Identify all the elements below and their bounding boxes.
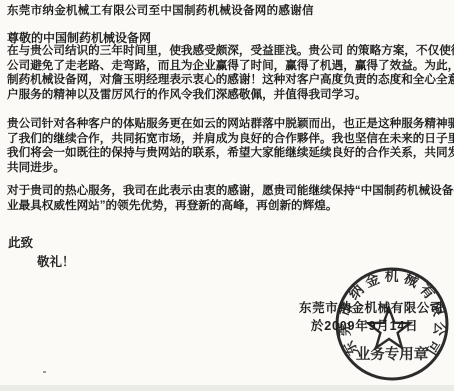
paragraph-line: 在与贵公司结识的三年时间里，使我感受颇深，受益匪浅。贵公司 的策略方案，不仅使得…: [7, 44, 451, 59]
paragraph-line: 了我们的继续合作，共同拓宽市场，并肩成为良好的合作夥伴。我也坚信在未来的日子里，: [7, 132, 451, 147]
salute-phrase: 敬礼！: [37, 252, 75, 270]
paragraph-line: 公司避免了走老路、走弯路，而且为企业赢得了时间，赢得了机遇，赢得了效益。为此，我…: [7, 59, 451, 74]
signature-date: 於2009年9月14日: [311, 316, 418, 334]
paragraph-line: 业最具权威性网站”的领先优势，再登新的高峰，再创新的辉煌。: [7, 199, 451, 214]
paragraph-2: 贵公司针对各种客户的体贴服务更在如云的网站群落中脱颖而出，也正是这种服务精神驱动…: [7, 117, 451, 175]
scan-noise-speck: [43, 371, 46, 373]
paragraph-line: 对于贵司的热心服务，我司在此表示由衷的感谢，愿贵司能继续保持“中国制药机械设备行: [7, 184, 451, 199]
paragraph-line: 共同进步。: [7, 161, 451, 176]
closing-phrase: 此致: [8, 233, 33, 251]
paragraph-line: 户服务的精神以及雷厉风行的作风令我们深感敬佩，并值得我司学习。: [7, 88, 451, 103]
paragraph-3: 对于贵司的热心服务，我司在此表示由衷的感谢，愿贵司能继续保持“中国制药机械设备行…: [7, 184, 451, 213]
letter-title: 东莞市纳金机械工有限公司至中国制药机械设备网的感谢信: [7, 2, 314, 18]
paragraph-line: 制药机械设备网，对詹玉明经理表示衷心的感谢！这种对客户高度负责的态度和全心全意为…: [7, 73, 451, 88]
paragraph-1: 在与贵公司结识的三年时间里，使我感受颇深，受益匪浅。贵公司 的策略方案，不仅使得…: [7, 44, 451, 102]
scanned-letter-page: 东莞市纳金机械工有限公司至中国制药机械设备网的感谢信 尊敬的中国制药机械设备网 …: [0, 0, 454, 391]
seal-bottom-text: 业务专用章: [356, 345, 429, 363]
signature-company-name: 东莞市纳金机械有限公司: [299, 298, 443, 316]
paragraph-line: 贵公司针对各种客户的体贴服务更在如云的网站群落中脱颖而出，也正是这种服务精神驱动: [7, 117, 451, 132]
paragraph-line: 我们将会一如既往的保持与贵网站的联系，希望大家能继续延续良好的合作关系，共同发展…: [7, 146, 451, 161]
